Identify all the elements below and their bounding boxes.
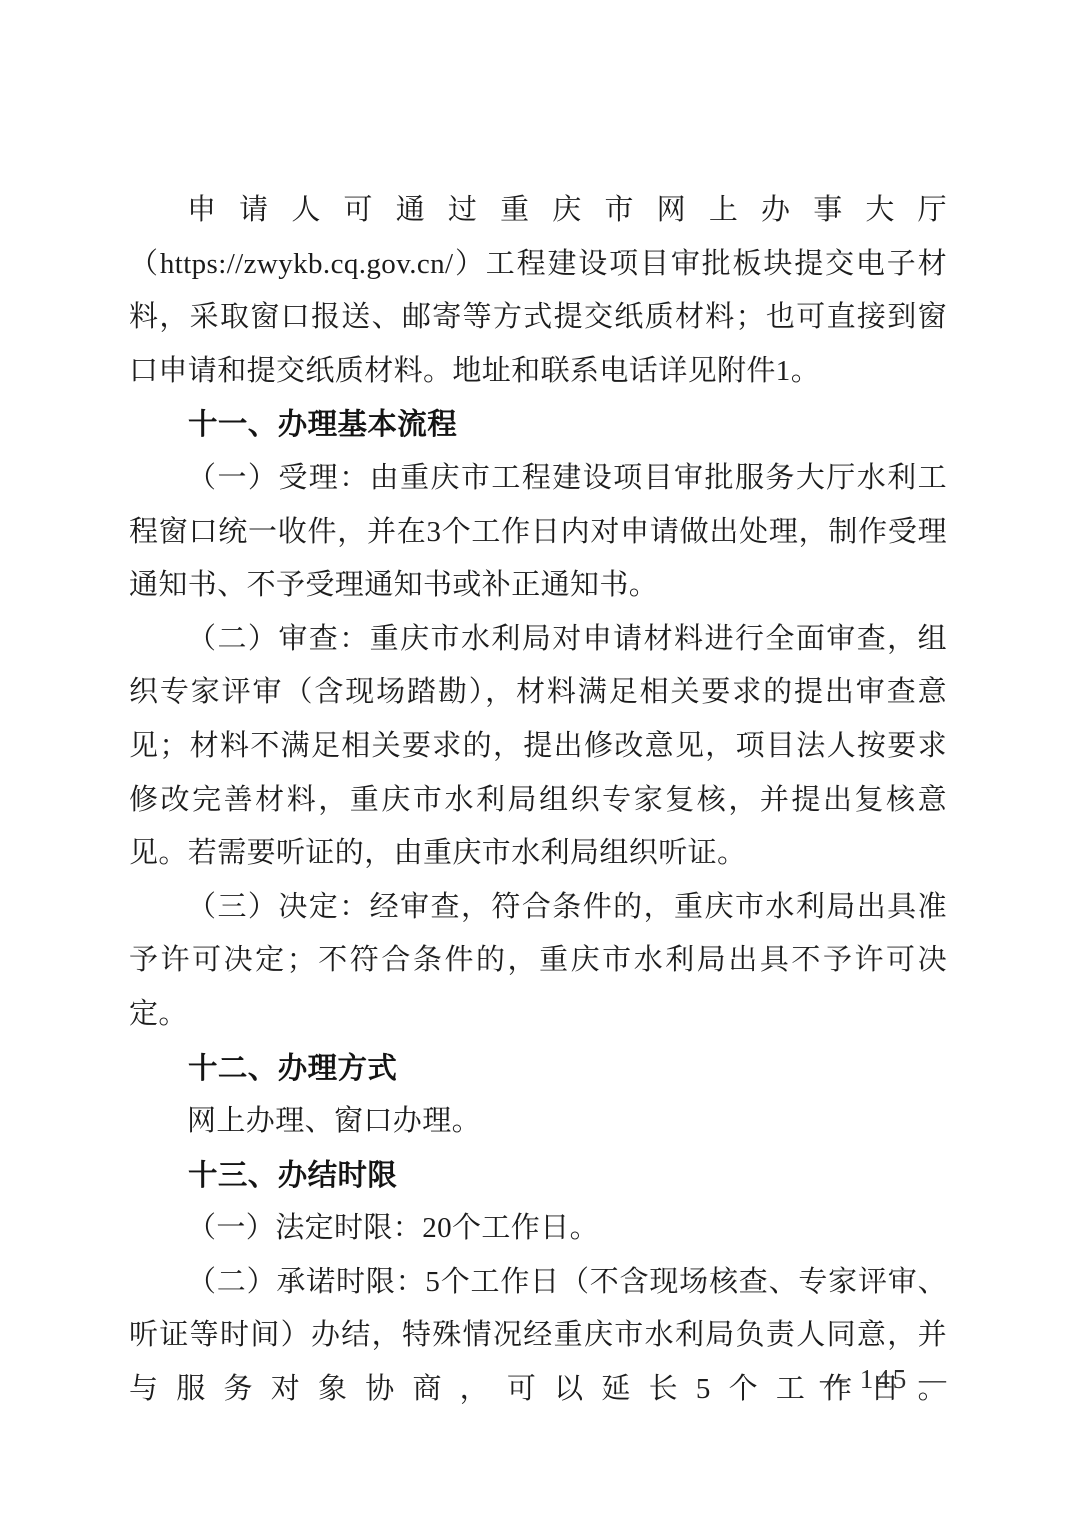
paragraph-submission-channels: 申请人可通过重庆市网上办事大厅（https://zwykb.cq.gov.cn/… (129, 184, 947, 398)
paragraph-11-1-acceptance: （一）受理：由重庆市工程建设项目审批服务大厅水利工程窗口统一收件，并在3个工作日… (129, 452, 947, 613)
paragraph-11-2-review: （二）审查：重庆市水利局对申请材料进行全面审查，组织专家评审（含现场踏勘），材料… (129, 613, 947, 881)
paragraph-11-3-decision: （三）决定：经审查，符合条件的，重庆市水利局出具准予许可决定；不符合条件的，重庆… (129, 881, 947, 1042)
paragraph-13-1-statutory-limit: （一）法定时限：20个工作日。 (129, 1202, 947, 1256)
paragraph-12-handling-methods: 网上办理、窗口办理。 (129, 1095, 947, 1149)
heading-section-13-completion-time-limit: 十三、办结时限 (129, 1149, 947, 1203)
heading-section-11-basic-process: 十一、办理基本流程 (129, 398, 947, 452)
page-number: — 145 — (820, 1364, 949, 1395)
document-page-content: 申请人可通过重庆市网上办事大厅（https://zwykb.cq.gov.cn/… (129, 184, 947, 1470)
heading-section-12-handling-method: 十二、办理方式 (129, 1042, 947, 1096)
